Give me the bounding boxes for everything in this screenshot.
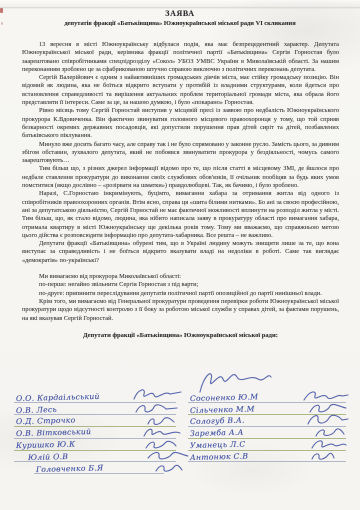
- document-body: 13 вересня в місті Южноукраїнську відбул…: [22, 41, 339, 340]
- signatory-name: Уманець Л.С: [190, 440, 246, 450]
- paragraph-7: Депутати фракції «Батьківщина» обурені т…: [22, 240, 339, 265]
- signature-line: [188, 461, 346, 462]
- signatures-header: Депутати фракції «Батьківщина» Южноукраї…: [22, 332, 339, 340]
- signature-column-left: О.О. Кардаільський О.В. Лесь О.Д. Строчк…: [14, 392, 176, 474]
- signatory-name: Заремба А.А: [190, 428, 244, 438]
- signature-row: Головченко Б.Я: [34, 463, 164, 474]
- demand-item-2: по-друге: припинити переслідування депут…: [22, 290, 339, 298]
- paragraph-4: Минуло вже досить багато часу, але справ…: [22, 141, 339, 166]
- paragraph-6: Наразі, С.Горностаю інкримінують, буцімт…: [22, 190, 339, 240]
- signature-row: Юлій О.В: [14, 451, 176, 462]
- signatory-name: Сосоненко Ю.М: [190, 392, 259, 403]
- document-subtitle: депутатів фракції «Батьківщина» Южноукра…: [0, 20, 360, 27]
- document-title: ЗАЯВА: [0, 9, 360, 18]
- signatory-name: Головченко Б.Я: [36, 463, 104, 474]
- paragraph-3: Рівно місяць тому Сергій Горностай висту…: [22, 107, 339, 140]
- signature-row: Антонюк С.В: [188, 451, 346, 462]
- signature-row: О.В. Лесь: [14, 404, 176, 415]
- signature-row: Уманець Л.С: [188, 439, 346, 450]
- signatory-name: Антонюк С.В: [190, 451, 248, 462]
- paragraph-1: 13 вересня в місті Южноукраїнську відбул…: [22, 41, 339, 74]
- signatory-name: Сологуб В.А.: [190, 416, 245, 426]
- paragraph-2: Сергій Валерійович є одним з найактивніш…: [22, 74, 339, 107]
- signatory-name: Юлій О.В: [28, 452, 68, 462]
- signatory-name: Сільченко М.М: [190, 404, 255, 415]
- signature-column-right: Сосоненко Ю.М Сільченко М.М Сологуб В.А.: [188, 392, 346, 463]
- demand-item-1: по-перше: негайно звільнити Сергія Горно…: [22, 281, 339, 289]
- demands-extra: Крім того, ми вимагаємо від Генеральної …: [22, 298, 339, 323]
- scanned-document: ЗАЯВА депутатів фракції «Батьківщина» Юж…: [0, 0, 360, 510]
- signature-line: [34, 473, 164, 474]
- signatory-name: Куришко Ю.К: [16, 439, 76, 450]
- signatory-name: О.Д. Строчко: [16, 416, 76, 427]
- signatory-name: О.О. Кардаільський: [16, 392, 100, 403]
- signature-area: О.О. Кардаільський О.В. Лесь О.Д. Строчк…: [0, 392, 360, 492]
- signatory-name: О.В. Вітковський: [16, 427, 92, 438]
- signatory-name: О.В. Лесь: [16, 405, 57, 415]
- paragraph-5: Тим більш що, з різних джерел інформації…: [22, 165, 339, 190]
